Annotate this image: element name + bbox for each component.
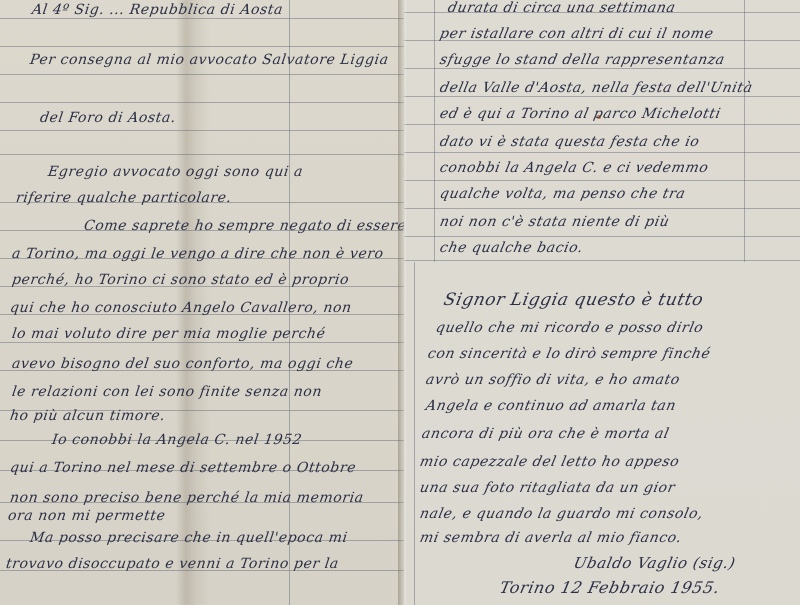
ruled-line: [0, 74, 404, 75]
letter-line: non sono preciso bene perché la mia memo…: [9, 490, 365, 506]
letter-line: quello che mi ricordo e posso dirlo: [434, 320, 705, 336]
letter-line: Angela e continuo ad amarla tan: [424, 398, 677, 414]
letter-line: noi non c'è stata niente di più: [438, 214, 671, 230]
ruled-line: [404, 68, 800, 69]
margin-line: [744, 0, 745, 262]
letter-line: riferire qualche particolare.: [15, 190, 233, 206]
letter-line: con sincerità e lo dirò sempre finché: [426, 346, 712, 362]
letter-line: ed è qui a Torino al parco Michelotti: [438, 106, 722, 122]
ruled-line: [0, 46, 404, 47]
right-page: durata di circa una settimana per istall…: [404, 0, 800, 605]
letter-line: del Foro di Aosta.: [39, 110, 177, 126]
ruled-line: [404, 96, 800, 97]
page-fold: [398, 0, 406, 605]
letter-line: qui a Torino nel mese di settembre o Ott…: [9, 460, 357, 476]
letter-line: le relazioni con lei sono finite senza n…: [11, 384, 323, 400]
letter-line: qui che ho conosciuto Angelo Cavallero, …: [9, 300, 353, 316]
letter-line: ora non mi permette: [7, 508, 167, 524]
left-page: Al 4º Sig. ... Repubblica di Aosta Per c…: [0, 0, 404, 605]
ruled-line: [404, 260, 800, 261]
letter-line: conobbi la Angela C. e ci vedemmo: [438, 160, 710, 176]
letter-line: Io conobbi la Angela C. nel 1952: [51, 432, 303, 448]
letter-line: Come saprete ho sempre negato di essere …: [83, 218, 404, 234]
letter-line: trovavo disoccupato e venni a Torino per…: [5, 556, 340, 572]
ruled-line: [0, 130, 404, 131]
margin-line: [414, 262, 415, 605]
ruled-line: [0, 342, 404, 343]
letter-line: per istallare con altri di cui il nome: [438, 26, 715, 42]
letter-line: sfugge lo stand della rappresentanza: [438, 52, 726, 68]
ruled-line: [0, 154, 404, 155]
letter-line: Ma posso precisare che in quell'epoca mi: [29, 530, 349, 546]
ruled-line: [404, 152, 800, 153]
letter-line: una sua foto ritagliata da un gior: [418, 480, 676, 496]
letter-line: Signor Liggia questo è tutto: [442, 290, 705, 310]
place-date: Torino 12 Febbraio 1955.: [498, 578, 722, 597]
letter-line: ho più alcun timore.: [9, 408, 166, 424]
ruled-line: [404, 180, 800, 181]
letter-line: mio capezzale del letto ho appeso: [418, 454, 681, 470]
letter-line: dato vi è stata questa festa che io: [438, 134, 701, 150]
letter-line: Al 4º Sig. ... Repubblica di Aosta: [31, 2, 284, 18]
ruled-line: [404, 236, 800, 237]
letter-line: avrò un soffio di vita, e ho amato: [424, 372, 681, 388]
letter-line: perché, ho Torino ci sono stato ed è pro…: [11, 272, 350, 288]
signature: Ubaldo Vaglio (sig.): [572, 554, 737, 572]
letter-line: qualche volta, ma penso che tra: [438, 186, 687, 202]
letter-line: a Torino, ma oggi le vengo a dire che no…: [11, 246, 385, 262]
ruled-line: [0, 18, 404, 19]
letter-line: avevo bisogno del suo conforto, ma oggi …: [11, 356, 355, 372]
ruled-line: [404, 208, 800, 209]
margin-line: [434, 0, 435, 262]
letter-line: che qualche bacio.: [438, 240, 584, 256]
letter-line: ancora di più ora che è morta al: [420, 426, 670, 442]
letter-line: mi sembra di averla al mio fianco.: [418, 530, 683, 546]
letter-line: della Valle d'Aosta, nella festa dell'Un…: [438, 80, 754, 96]
letter-line: durata di circa una settimana: [446, 0, 677, 16]
letter-line: Egregio avvocato oggi sono qui a: [47, 164, 304, 180]
ruled-line: [0, 102, 404, 103]
ruled-line: [404, 124, 800, 125]
letter-line: Per consegna al mio avvocato Salvatore L…: [29, 52, 390, 68]
letter-line: nale, e quando la guardo mi consolo,: [418, 506, 705, 522]
letter-line: lo mai voluto dire per mia moglie perché: [11, 326, 327, 342]
